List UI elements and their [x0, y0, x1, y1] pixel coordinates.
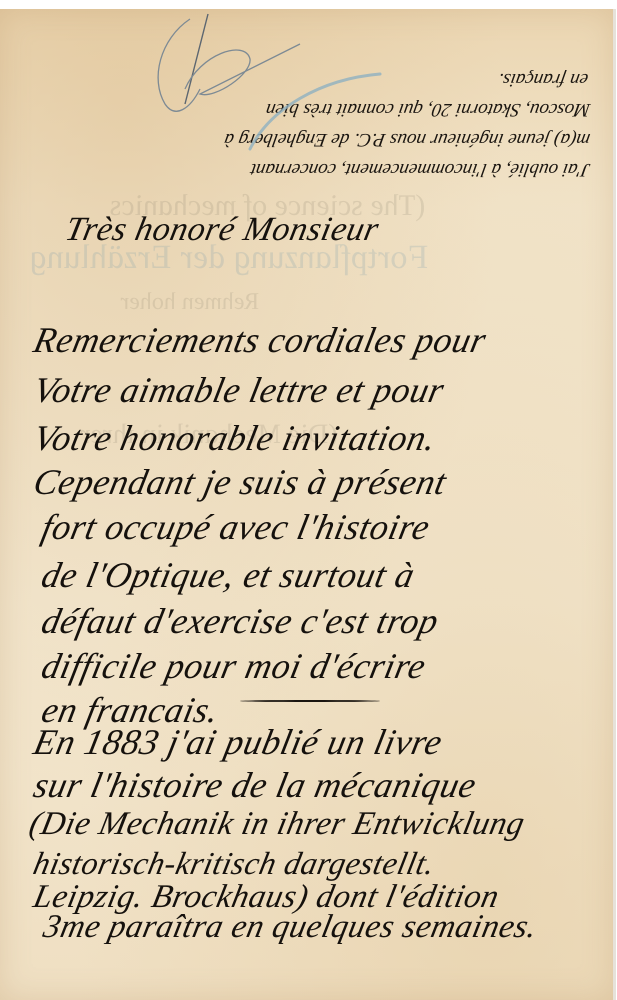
body-line: Remerciements cordiales pour: [30, 319, 490, 361]
postscript-line: Moscou, Skatorni 20, qui connait très bi…: [27, 94, 592, 124]
body-line: Votre honorable invitation.: [30, 417, 440, 459]
postscript-line: en français.: [27, 64, 592, 94]
show-through-text: Rehmen hoher: [118, 289, 262, 316]
body-line: En 1883 j'ai publié un livre: [30, 721, 446, 763]
body-line: (Die Mechanik in ihrer Entwicklung: [26, 806, 528, 843]
letter-page: (The science of mechanics Fortpflanzung …: [0, 9, 616, 1000]
postscript-line: J'ai oublié, à l'incommencement, concern…: [27, 154, 592, 184]
body-line: difficile pour moi d'écrire: [38, 645, 430, 687]
ink-underline: [240, 700, 380, 702]
upside-down-postscript: J'ai oublié, à l'incommencement, concern…: [30, 64, 590, 184]
body-line: Votre aimable lettre et pour: [30, 369, 448, 411]
body-line: fort occupé avec l'histoire: [38, 506, 434, 548]
body-line: défaut d'exercise c'est trop: [38, 600, 443, 642]
postscript-line: m(a) jeune ingénieur nous P.C. de Enghel…: [27, 124, 592, 154]
body-line: 3me paraîtra en quelques semaines.: [40, 909, 541, 946]
body-line: Cependant je suis à présent: [30, 461, 450, 503]
body-line: historisch-kritisch dargestellt.: [30, 845, 438, 882]
salutation: Très honoré Monsieur: [62, 211, 382, 249]
body-line: de l'Optique, et surtout à: [38, 554, 419, 596]
body-line: sur l'histoire de la mécanique: [30, 764, 480, 806]
